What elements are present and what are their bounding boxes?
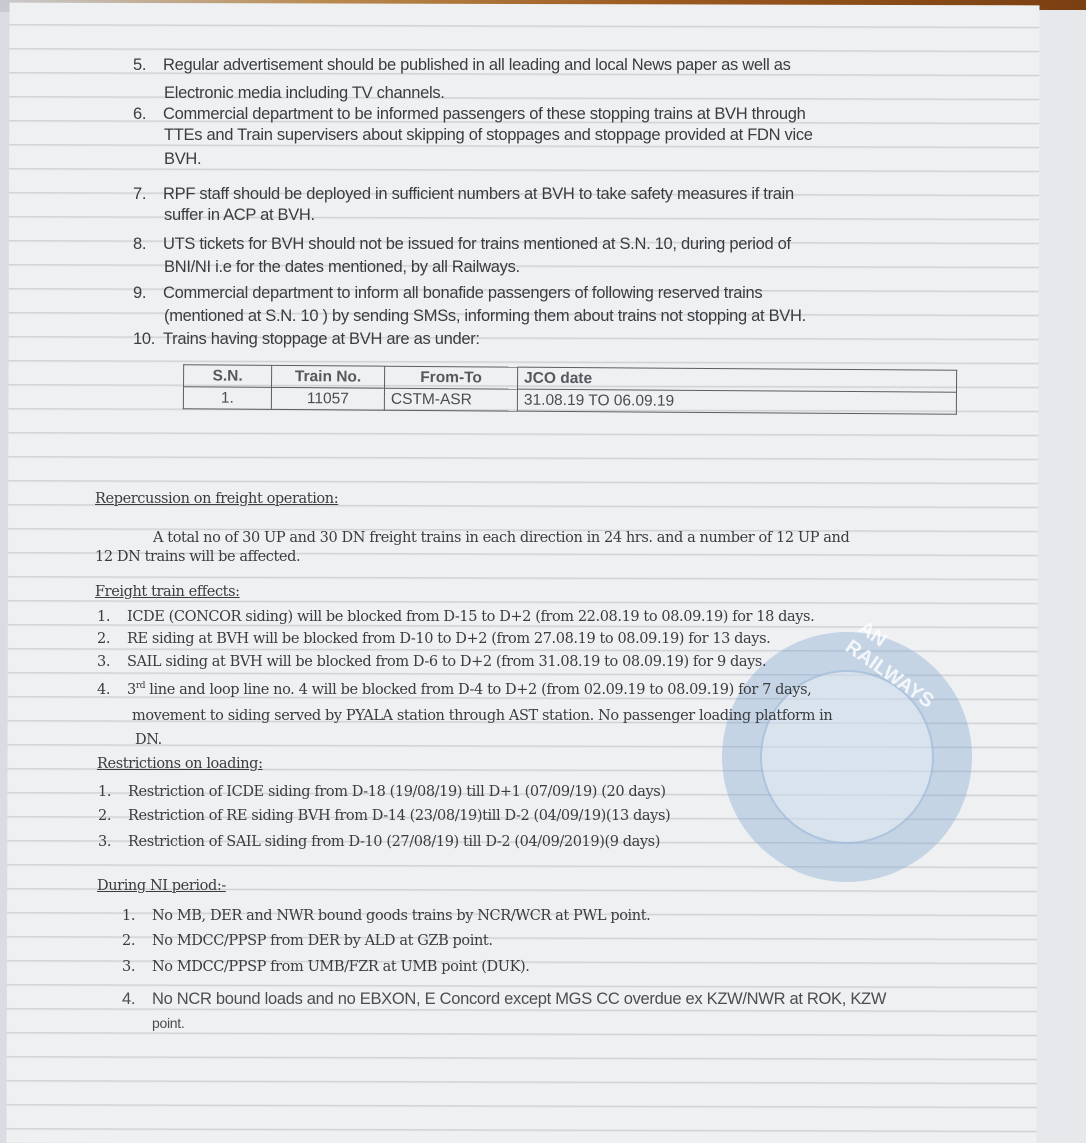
ni-item-2: 2.No MDCC/PPSP from DER by ALD at GZB po… bbox=[122, 933, 493, 949]
item-9-line-2: (mentioned at S.N. 10 ) by sending SMSs,… bbox=[164, 307, 806, 326]
ni-item-4-line-1: 4.No NCR bound loads and no EBXON, E Con… bbox=[122, 990, 886, 1009]
freight-item-4-cont-2: DN. bbox=[135, 732, 162, 748]
train-stoppage-table: S.N. Train No. From-To JCO date 1. 11057… bbox=[183, 364, 957, 414]
item-8-line-1: 8.UTS tickets for BVH should not be issu… bbox=[133, 235, 791, 254]
item-7-line-1: 7.RPF staff should be deployed in suffic… bbox=[133, 185, 794, 204]
ni-period-heading: During NI period:- bbox=[97, 878, 226, 894]
header-from-to: From-To bbox=[385, 366, 518, 389]
repercussion-heading: Repercussion on freight operation: bbox=[95, 491, 338, 507]
item-6-line-1: 6.Commercial department to be informed p… bbox=[133, 105, 806, 124]
ni-item-4-line-2: point. bbox=[152, 1015, 184, 1031]
cell-jco-date: 31.08.19 TO 06.09.19 bbox=[517, 389, 956, 414]
freight-item-2: 2.RE siding at BVH will be blocked from … bbox=[97, 631, 770, 647]
loading-item-1: 1.Restriction of ICDE siding from D-18 (… bbox=[98, 784, 666, 800]
item-5-line-1: 5.Regular advertisement should be publis… bbox=[133, 56, 791, 75]
repercussion-line-2: 12 DN trains will be affected. bbox=[95, 549, 300, 565]
cell-from-to: CSTM-ASR bbox=[384, 388, 517, 411]
item-9-line-1: 9.Commercial department to inform all bo… bbox=[133, 284, 762, 303]
document-content: 5.Regular advertisement should be publis… bbox=[0, 0, 1086, 1143]
freight-item-4-cont-1: movement to siding served by PYALA stati… bbox=[132, 708, 832, 724]
loading-item-3: 3.Restriction of SAIL siding from D-10 (… bbox=[98, 834, 660, 850]
item-6-line-3: BVH. bbox=[164, 150, 201, 169]
item-5-line-2: Electronic media including TV channels. bbox=[164, 84, 445, 103]
cell-train-no: 11057 bbox=[271, 387, 384, 410]
header-train-no: Train No. bbox=[272, 365, 385, 388]
freight-item-3: 3.SAIL siding at BVH will be blocked fro… bbox=[97, 654, 766, 670]
item-7-line-2: suffer in ACP at BVH. bbox=[164, 206, 315, 225]
loading-item-2: 2.Restriction of RE siding BVH from D-14… bbox=[98, 808, 670, 824]
freight-item-1: 1.ICDE (CONCOR siding) will be blocked f… bbox=[97, 609, 814, 625]
item-10-line-1: 10.Trains having stoppage at BVH are as … bbox=[133, 330, 480, 349]
item-8-line-2: BNI/NI i.e for the dates mentioned, by a… bbox=[164, 258, 520, 277]
item-6-line-2: TTEs and Train supervisers about skippin… bbox=[164, 126, 813, 145]
freight-effects-heading: Freight train effects: bbox=[95, 584, 240, 600]
header-jco-date: JCO date bbox=[518, 367, 957, 392]
freight-item-4: 4.3rd line and loop line no. 4 will be b… bbox=[97, 681, 811, 698]
repercussion-line-1: A total no of 30 UP and 30 DN freight tr… bbox=[153, 530, 849, 546]
cell-sn: 1. bbox=[183, 387, 271, 410]
loading-restrictions-heading: Restrictions on loading: bbox=[97, 756, 263, 772]
ni-item-3: 3.No MDCC/PPSP from UMB/FZR at UMB point… bbox=[122, 959, 529, 975]
table-row: 1. 11057 CSTM-ASR 31.08.19 TO 06.09.19 bbox=[183, 387, 956, 414]
header-sn: S.N. bbox=[184, 365, 272, 388]
ni-item-1: 1.No MB, DER and NWR bound goods trains … bbox=[122, 908, 650, 924]
